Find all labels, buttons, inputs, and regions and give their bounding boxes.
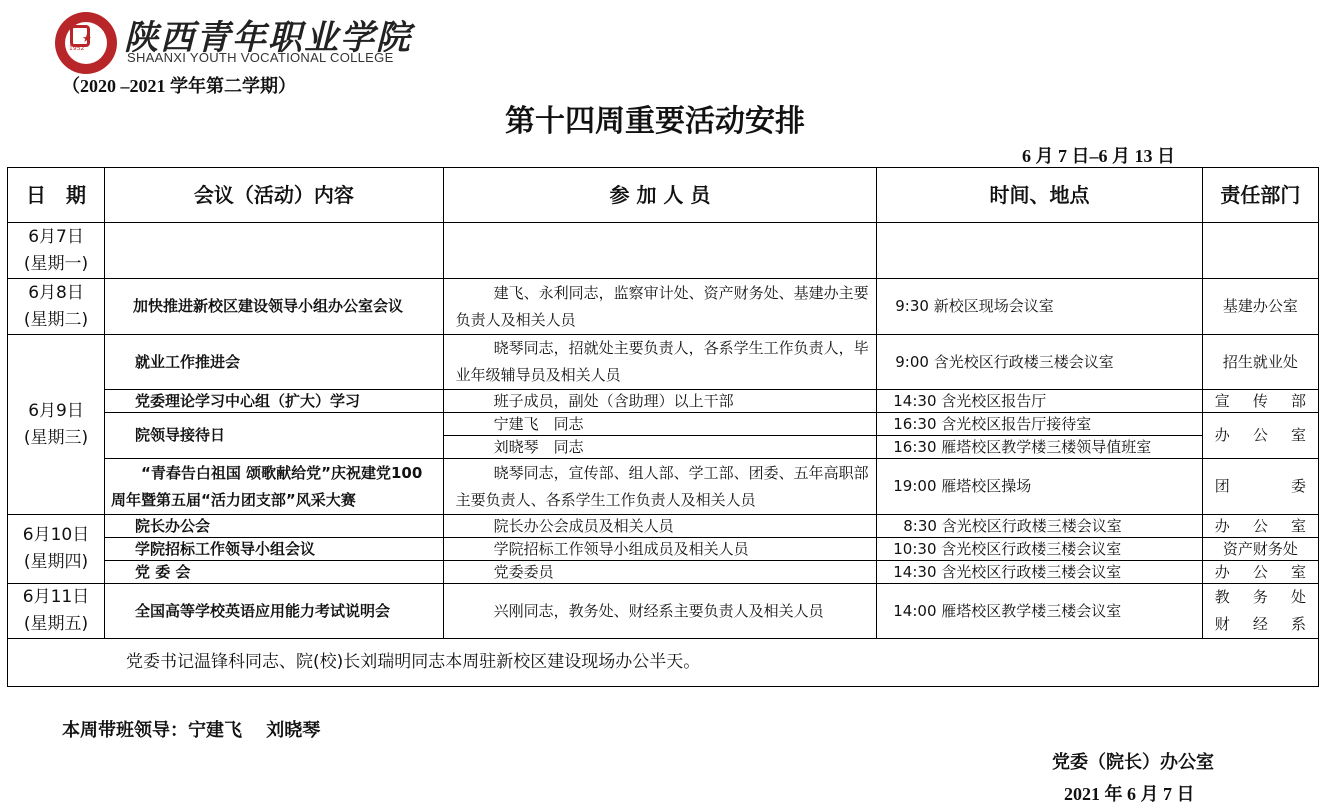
time-place-cell: 14:00 雁塔校区教学楼三楼会议室 — [877, 584, 1202, 639]
time-place-cell: 16:30 含光校区报告厅接待室 — [877, 413, 1202, 436]
activity-cell — [105, 223, 444, 279]
activity-cell: 全国高等学校英语应用能力考试说明会 — [105, 584, 444, 639]
note-row: 党委书记温锋科同志、院(校)长刘瑞明同志本周驻新校区建设现场办公半天。 — [8, 639, 1319, 687]
table-row: 6月10日(星期四) 院长办公会 院长办公会成员及相关人员 8:30 含光校区行… — [8, 515, 1319, 538]
date-cell: 6月8日(星期二) — [8, 279, 105, 335]
table-row: 院领导接待日 宁建飞 同志 16:30 含光校区报告厅接待室 办公室 — [8, 413, 1319, 436]
activity-cell: 加快推进新校区建设领导小组办公室会议 — [105, 279, 444, 335]
date-range: 6 月 7 日–6 月 13 日 — [1022, 142, 1175, 168]
issue-date: 2021 年 6 月 7 日 — [1064, 780, 1195, 806]
dept-cell: 基建办公室 — [1202, 279, 1318, 335]
date-cell: 6月7日(星期一) — [8, 223, 105, 279]
weekday: (星期一) — [10, 251, 102, 278]
date: 6月10日 — [10, 522, 102, 549]
participants-cell: 建飞、永利同志，监察审计处、资产财务处、基建办主要负责人及相关人员 — [443, 279, 877, 335]
time-place-cell: 19:00 雁塔校区操场 — [877, 459, 1202, 515]
time-place-cell: 9:00 含光校区行政楼三楼会议室 — [877, 335, 1202, 390]
dept-cell: 教务处财经系 — [1202, 584, 1318, 639]
activity-cell: 院领导接待日 — [105, 413, 444, 459]
date: 6月7日 — [10, 224, 102, 251]
col-activity: 会议（活动）内容 — [105, 168, 444, 223]
time-place-cell: 10:30 含光校区行政楼三楼会议室 — [877, 538, 1202, 561]
participants-cell: 刘晓琴 同志 — [443, 436, 877, 459]
page-title: 第十四周重要活动安排 — [505, 96, 805, 140]
participants-cell: 晓琴同志，招就处主要负责人，各系学生工作负责人，毕业年级辅导员及相关人员 — [443, 335, 877, 390]
table-row: 6月11日(星期五) 全国高等学校英语应用能力考试说明会 兴刚同志，教务处、财经… — [8, 584, 1319, 639]
time-place-cell: 14:30 含光校区行政楼三楼会议室 — [877, 561, 1202, 584]
weekday: (星期三) — [10, 425, 102, 452]
participants-cell: 学院招标工作领导小组成员及相关人员 — [443, 538, 877, 561]
participants-cell: 党委委员 — [443, 561, 877, 584]
date: 6月11日 — [10, 584, 102, 611]
col-time-place: 时间、地点 — [877, 168, 1202, 223]
college-name-en: SHAANXI YOUTH VOCATIONAL COLLEGE — [127, 50, 394, 65]
table-row: “青春告白祖国 颂歌献给党”庆祝建党100周年暨第五届“活力团支部”风采大赛 晓… — [8, 459, 1319, 515]
table-header-row: 日 期 会议（活动）内容 参 加 人 员 时间、地点 责任部门 — [8, 168, 1319, 223]
semester: （2020 –2021 学年第二学期） — [62, 72, 296, 98]
time-place-cell: 14:30 含光校区报告厅 — [877, 390, 1202, 413]
col-participants: 参 加 人 员 — [443, 168, 877, 223]
participants-cell — [443, 223, 877, 279]
activity-cell: 党委理论学习中心组（扩大）学习 — [105, 390, 444, 413]
dept-cell: 招生就业处 — [1202, 335, 1318, 390]
activity-cell: 学院招标工作领导小组会议 — [105, 538, 444, 561]
schedule-table: 日 期 会议（活动）内容 参 加 人 员 时间、地点 责任部门 6月7日(星期一… — [7, 167, 1319, 687]
duty-leaders: 本周带班领导：宁建飞 刘晓琴 — [62, 716, 320, 742]
weekday: (星期二) — [10, 307, 102, 334]
dept-cell: 宣传部 — [1202, 390, 1318, 413]
table-row: 6月8日(星期二) 加快推进新校区建设领导小组办公室会议 建飞、永利同志，监察审… — [8, 279, 1319, 335]
date: 6月9日 — [10, 398, 102, 425]
table-row: 学院招标工作领导小组会议 学院招标工作领导小组成员及相关人员 10:30 含光校… — [8, 538, 1319, 561]
dept-cell: 办公室 — [1202, 515, 1318, 538]
logo-year: 1952 — [69, 45, 84, 52]
date-cell: 6月11日(星期五) — [8, 584, 105, 639]
time-place-cell: 9:30 新校区现场会议室 — [877, 279, 1202, 335]
table-row: 党 委 会 党委委员 14:30 含光校区行政楼三楼会议室 办公室 — [8, 561, 1319, 584]
dept-cell: 办公室 — [1202, 413, 1318, 459]
date: 6月8日 — [10, 280, 102, 307]
time-place-cell: 16:30 雁塔校区教学楼三楼领导值班室 — [877, 436, 1202, 459]
table-row: 6月7日(星期一) — [8, 223, 1319, 279]
participants-cell: 院长办公会成员及相关人员 — [443, 515, 877, 538]
dept-cell: 团委 — [1202, 459, 1318, 515]
dept-line-1: 教务处 — [1215, 584, 1306, 611]
participants-cell: 宁建飞 同志 — [443, 413, 877, 436]
participants-cell: 兴刚同志，教务处、财经系主要负责人及相关人员 — [443, 584, 877, 639]
dept-cell: 办公室 — [1202, 561, 1318, 584]
note-text: 党委书记温锋科同志、院(校)长刘瑞明同志本周驻新校区建设现场办公半天。 — [8, 639, 1319, 687]
issuing-office: 党委（院长）办公室 — [1052, 748, 1214, 774]
activity-cell: 党 委 会 — [105, 561, 444, 584]
date-cell: 6月9日(星期三) — [8, 335, 105, 515]
activity-cell: “青春告白祖国 颂歌献给党”庆祝建党100周年暨第五届“活力团支部”风采大赛 — [105, 459, 444, 515]
college-logo: ★ 1952 — [55, 12, 117, 74]
date-cell: 6月10日(星期四) — [8, 515, 105, 584]
time-place-cell — [877, 223, 1202, 279]
activity-cell: 院长办公会 — [105, 515, 444, 538]
table-row: 6月9日(星期三) 就业工作推进会 晓琴同志，招就处主要负责人，各系学生工作负责… — [8, 335, 1319, 390]
table-row: 党委理论学习中心组（扩大）学习 班子成员，副处（含助理）以上干部 14:30 含… — [8, 390, 1319, 413]
weekday: (星期四) — [10, 549, 102, 576]
dept-line-2: 财经系 — [1215, 611, 1306, 638]
weekday: (星期五) — [10, 611, 102, 638]
col-date: 日 期 — [8, 168, 105, 223]
dept-cell — [1202, 223, 1318, 279]
participants-cell: 班子成员，副处（含助理）以上干部 — [443, 390, 877, 413]
activity-cell: 就业工作推进会 — [105, 335, 444, 390]
participants-cell: 晓琴同志，宣传部、组人部、学工部、团委、五年高职部主要负责人、各系学生工作负责人… — [443, 459, 877, 515]
time-place-cell: 8:30 含光校区行政楼三楼会议室 — [877, 515, 1202, 538]
col-dept: 责任部门 — [1202, 168, 1318, 223]
dept-cell: 资产财务处 — [1202, 538, 1318, 561]
star-icon: ★ — [82, 32, 92, 45]
